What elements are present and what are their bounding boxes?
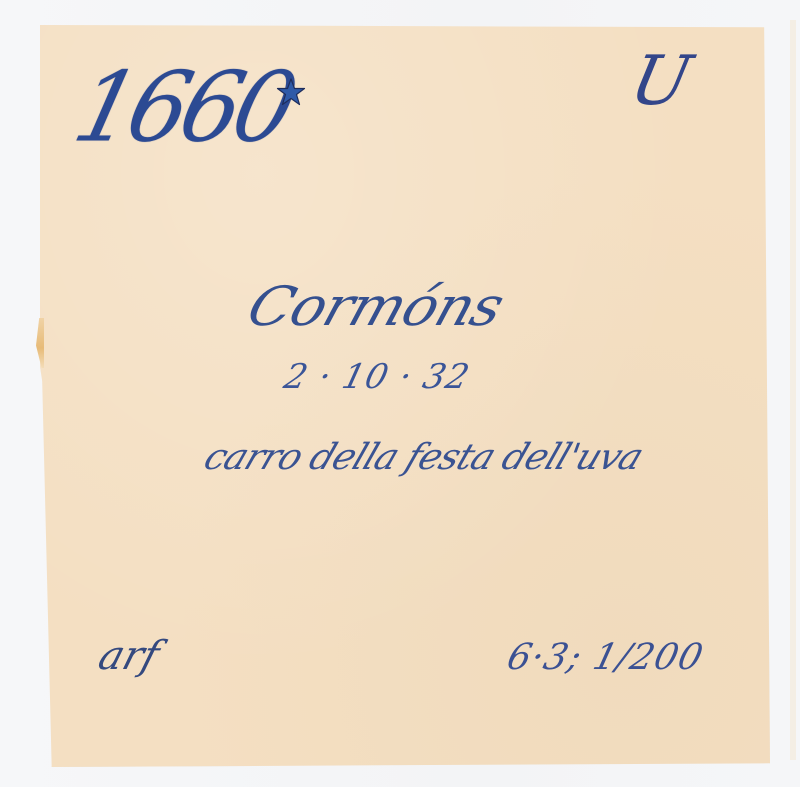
date: 2 · 10 · 32 [281, 360, 473, 394]
description: carro della festa dell'uva [199, 440, 647, 476]
exposure-settings: 6·3; 1/200 [504, 640, 708, 676]
folded-paper-edge [36, 318, 44, 368]
scan-background: 1660 U Cormóns 2 · 10 · 32 carro della f… [0, 0, 800, 787]
photographer-initials: arf [94, 636, 163, 676]
place-name: Cormóns [241, 280, 509, 334]
underlying-sheet-edge [790, 20, 796, 760]
star-icon [276, 78, 306, 106]
catalog-number: 1660 [66, 60, 300, 157]
